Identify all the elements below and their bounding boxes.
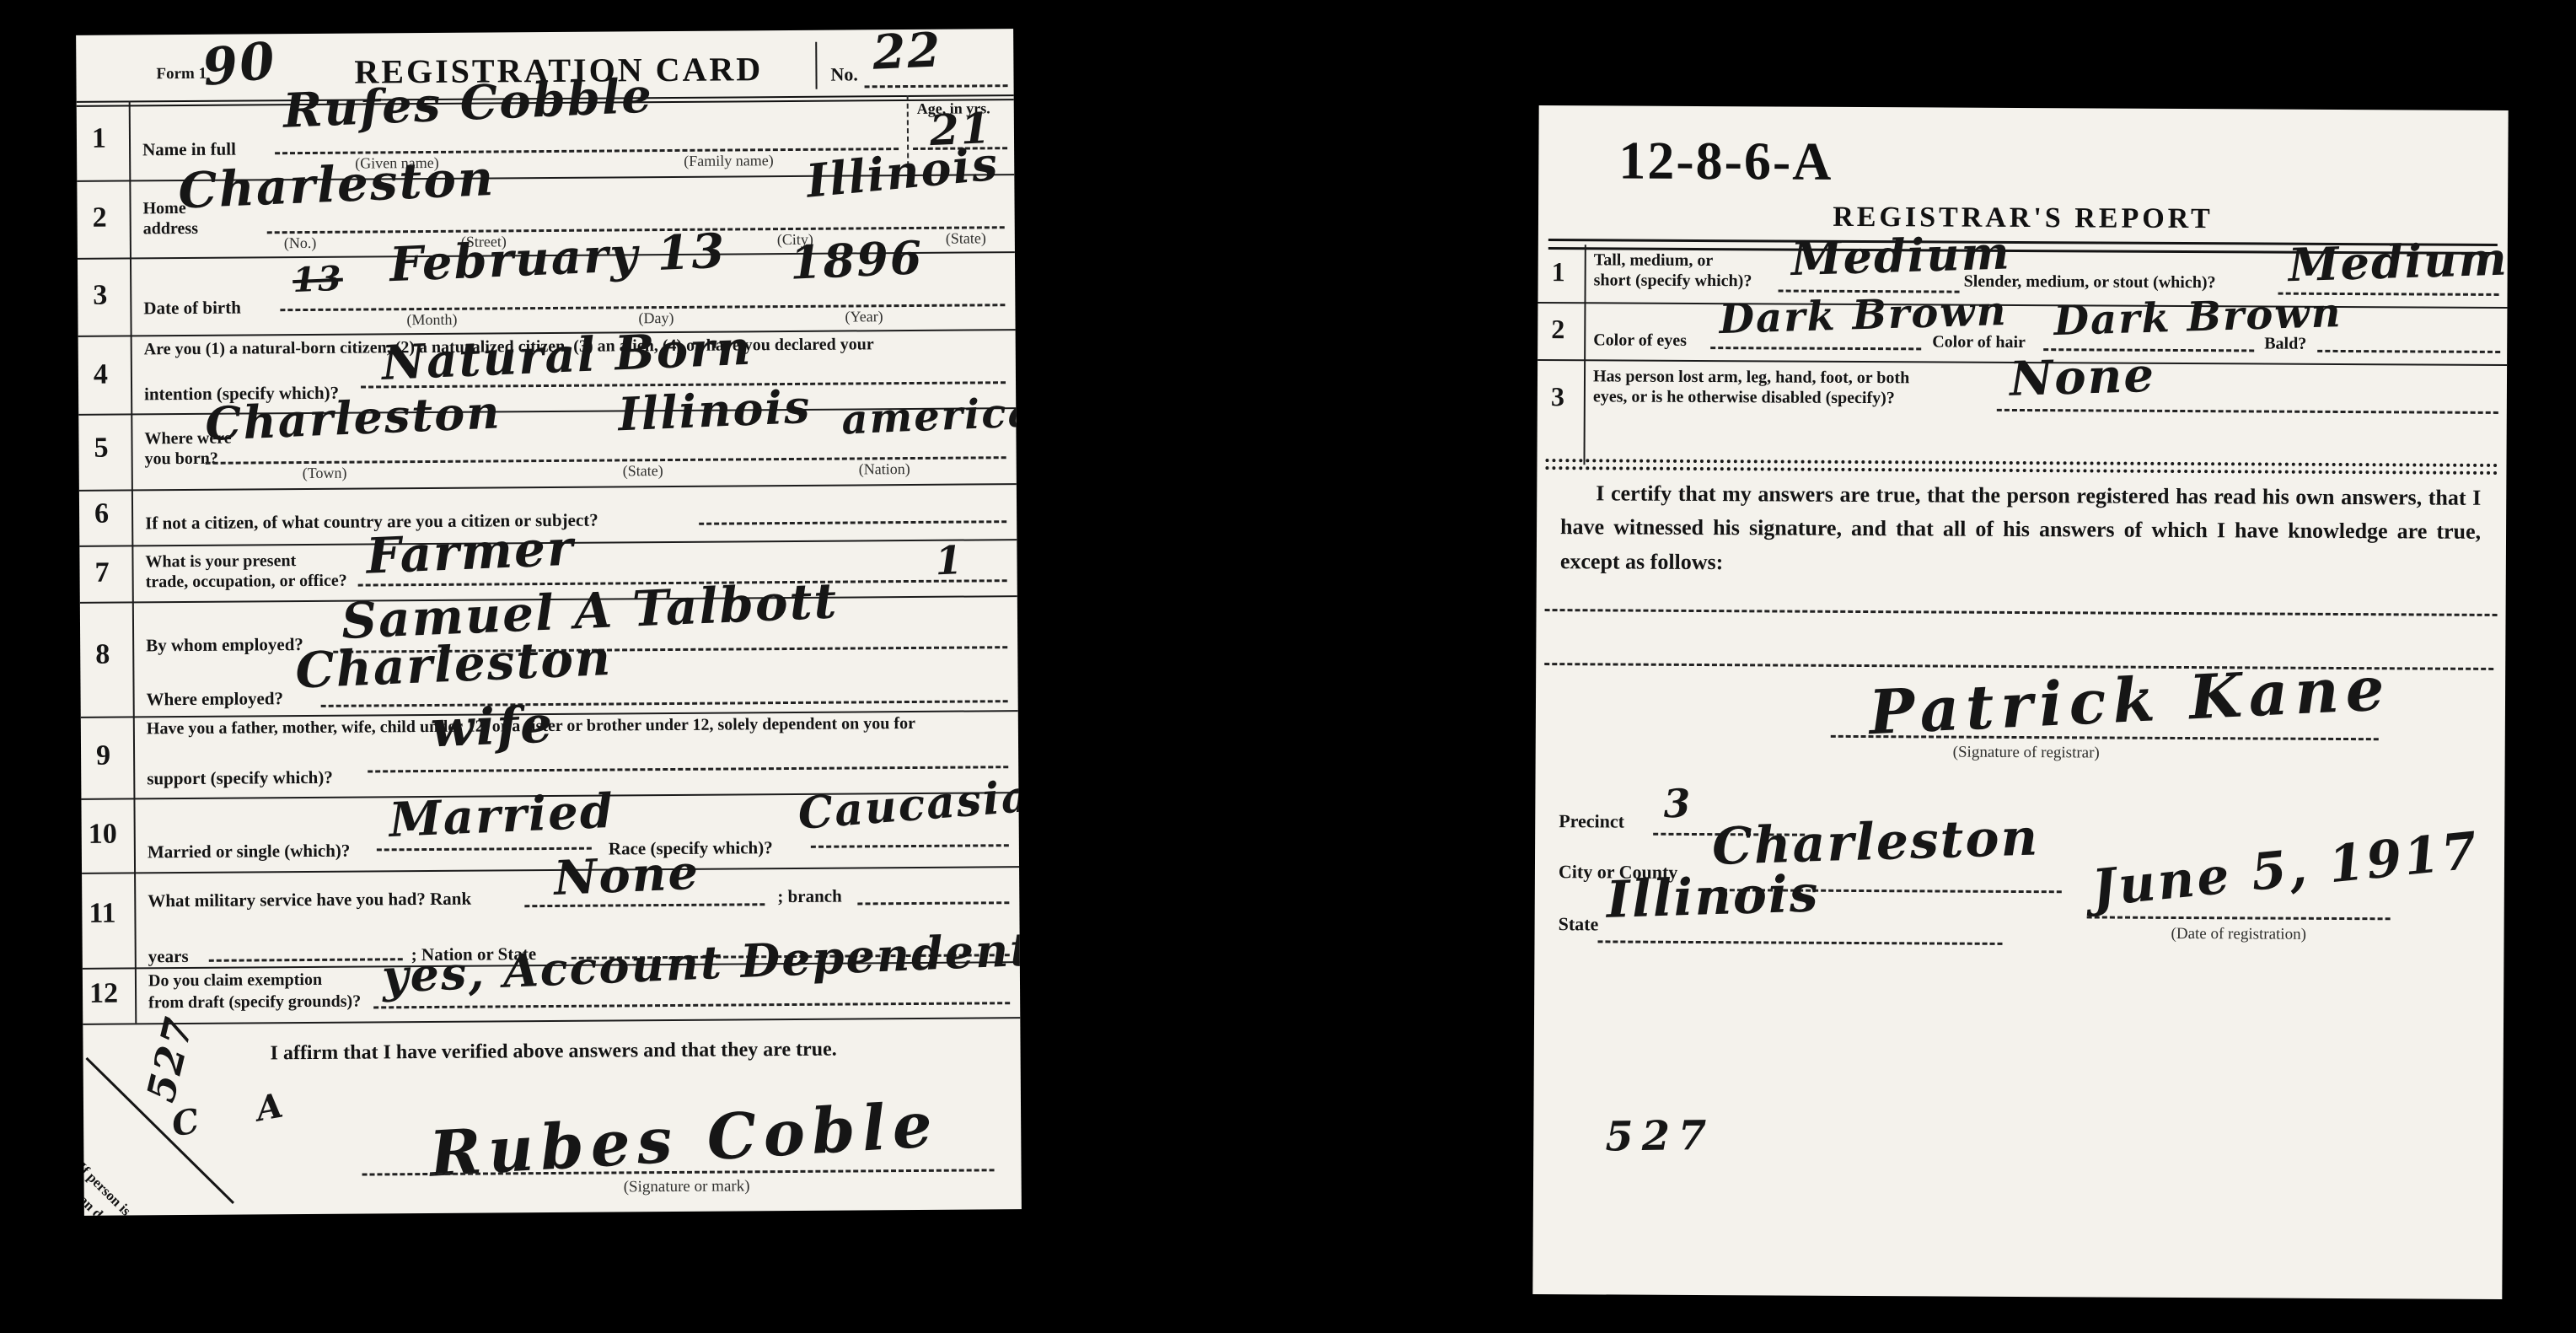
where-employed-value-handwritten: Charleston [294, 633, 613, 696]
born-town-handwritten: Charleston [204, 389, 502, 447]
row-exemption: 12 Do you claim exemption from draft (sp… [83, 961, 1020, 1025]
trade-label-line1: What is your present [145, 551, 296, 572]
no-sublabel: (No.) [284, 234, 317, 252]
form-number-label: Form 1 [156, 65, 207, 83]
birth-year-handwritten: 1896 [789, 234, 924, 286]
row-where-born: 5 Where were you born? Charleston Illino… [78, 407, 1017, 492]
employer-label: By whom employed? [146, 634, 303, 656]
city-county-value-handwritten: Charleston [1711, 812, 2040, 872]
rank-dotline [524, 903, 765, 907]
nation-sublabel: (Nation) [859, 460, 910, 478]
row-number: 3 [1551, 381, 1564, 412]
row-number: 6 [94, 498, 109, 530]
signature-or-mark-sublabel: (Signature or mark) [624, 1177, 750, 1196]
row-date-of-birth: 3 Date of birth 13 February 13 1896 (Mon… [78, 251, 1016, 337]
disability-value-handwritten: None [2009, 352, 2155, 403]
row-number: 9 [96, 740, 110, 772]
branch-dotline [857, 901, 1009, 905]
state-sublabel: (State) [623, 462, 663, 480]
married-label: Married or single (which)? [148, 841, 351, 863]
state-label: State [1559, 913, 1599, 935]
row-number: 3 [93, 280, 107, 312]
bald-dotline [2317, 350, 2500, 353]
stray-mark-handwritten: 1 [935, 540, 965, 580]
years-label: years [148, 946, 189, 967]
disability-label-line2: eyes, or is he otherwise disabled (speci… [1593, 386, 1895, 408]
height-label-line2: short (specify which)? [1594, 270, 1752, 291]
report-row-disability: 3 Has person lost arm, leg, hand, foot, … [1537, 359, 2507, 470]
dependents-question-line2: support (specify which)? [147, 767, 333, 790]
name-label: Name in full [142, 139, 236, 161]
state-dotline [1597, 940, 2002, 945]
exemption-dotline [373, 1002, 1010, 1008]
row-number: 1 [92, 123, 106, 155]
registrars-report-card: 12-8-6-A REGISTRAR'S REPORT 1 Tall, medi… [1532, 105, 2508, 1299]
name-value-handwritten: Rufes Cobble [282, 72, 654, 134]
town-sublabel: (Town) [303, 465, 347, 482]
row-number: 5 [94, 433, 108, 465]
precinct-label: Precinct [1559, 810, 1624, 832]
dependents-value-handwritten: wife [430, 699, 555, 755]
registrar-signature-sublabel: (Signature of registrar) [1953, 744, 2100, 763]
no-value-handwritten: 22 [872, 29, 942, 77]
eyes-label: Color of eyes [1593, 331, 1687, 351]
row-number: 7 [94, 557, 109, 589]
no-dotline [865, 84, 1008, 88]
row-number: 1 [1552, 256, 1565, 288]
trade-value-handwritten: Farmer [365, 524, 575, 581]
row-number: 4 [94, 359, 108, 391]
state-value-handwritten: Illinois [1606, 868, 1820, 925]
where-employed-dotline [321, 700, 1008, 707]
date-of-birth-label: Date of birth [143, 298, 241, 320]
row-number: 2 [1551, 314, 1564, 345]
row-number: 8 [95, 639, 110, 671]
row-number: 11 [89, 898, 115, 930]
african-descent-corner-note: If person is of African descent, tear of… [76, 1125, 180, 1216]
born-state-handwritten: Illinois [617, 384, 812, 438]
scanned-draft-registration: Form 1 90 REGISTRATION CARD No. 22 1 Nam… [0, 0, 2576, 1333]
precinct-value-handwritten: 3 [1663, 783, 1693, 823]
home-address-label-line2: address [143, 218, 198, 239]
margin-number-handwritten: 527 [141, 1013, 199, 1105]
citizenship-value-handwritten: Natural Born [381, 325, 753, 387]
margin-letters-handwritten: C A [169, 1084, 309, 1142]
not-citizen-dotline [699, 520, 1006, 525]
trade-label-line2: trade, occupation, or office? [146, 571, 347, 593]
row-married-race: 10 Married or single (which)? Married Ra… [81, 792, 1019, 874]
row-number: 2 [93, 202, 107, 234]
row-number: 10 [89, 819, 117, 851]
report-title: REGISTRAR'S REPORT [1538, 200, 2508, 237]
struck-date-handwritten: 13 [292, 262, 343, 298]
affirmation-text: I affirm that I have verified above answ… [270, 1039, 836, 1066]
birth-month-day-handwritten: February 13 [389, 228, 727, 289]
report-code: 12-8-6-A [1618, 129, 1833, 192]
stamp-number-handwritten: 527 [1605, 1115, 1715, 1158]
height-label-line1: Tall, medium, or [1594, 250, 1714, 271]
dependents-dotline [368, 766, 1008, 772]
registrar-signature-handwritten: Patrick Kane [1868, 658, 2392, 743]
year-sublabel: (Year) [845, 308, 883, 325]
exemption-label-line2: from draft (specify grounds)? [148, 992, 361, 1013]
branch-label: ; branch [777, 886, 842, 908]
no-label: No. [830, 63, 858, 85]
serial-number-handwritten: 90 [200, 35, 279, 94]
rank-value-handwritten: None [553, 849, 700, 902]
race-dotline [811, 844, 1009, 848]
state-sublabel: (State) [946, 229, 986, 247]
report-row-height-build: 1 Tall, medium, or short (specify which)… [1538, 245, 2507, 309]
disability-label-line1: Has person lost arm, leg, hand, foot, or… [1593, 366, 1909, 388]
registration-date-dotline [2087, 916, 2391, 920]
where-employed-label: Where employed? [147, 688, 284, 710]
eyes-dotline [1710, 347, 1921, 350]
month-sublabel: (Month) [406, 311, 457, 329]
married-value-handwritten: Married [389, 787, 615, 844]
registration-date-sublabel: (Date of registration) [2171, 925, 2307, 944]
build-value-handwritten: Medium [2288, 235, 2509, 288]
bald-label: Bald? [2264, 335, 2306, 354]
disability-dotline [1997, 409, 2498, 414]
address-city-handwritten: Charleston [177, 153, 496, 216]
hair-label: Color of hair [1932, 332, 2026, 352]
years-dotline [209, 958, 403, 962]
blank-dotline-1 [1545, 609, 2498, 616]
registration-date-handwritten: June 5, 1917 [2090, 825, 2482, 915]
military-service-label: What military service have you had? Rank [148, 889, 471, 912]
exemption-label-line1: Do you claim exemption [148, 970, 322, 991]
where-born-label-line2: you born? [145, 449, 218, 470]
registration-card: Form 1 90 REGISTRATION CARD No. 22 1 Nam… [76, 29, 1022, 1216]
family-name-sublabel: (Family name) [684, 152, 774, 170]
certification-text: I certify that my answers are true, that… [1560, 476, 2482, 583]
header-divider [815, 42, 817, 89]
born-nation-handwritten: america [840, 392, 1021, 441]
row-number: 12 [89, 978, 118, 1010]
